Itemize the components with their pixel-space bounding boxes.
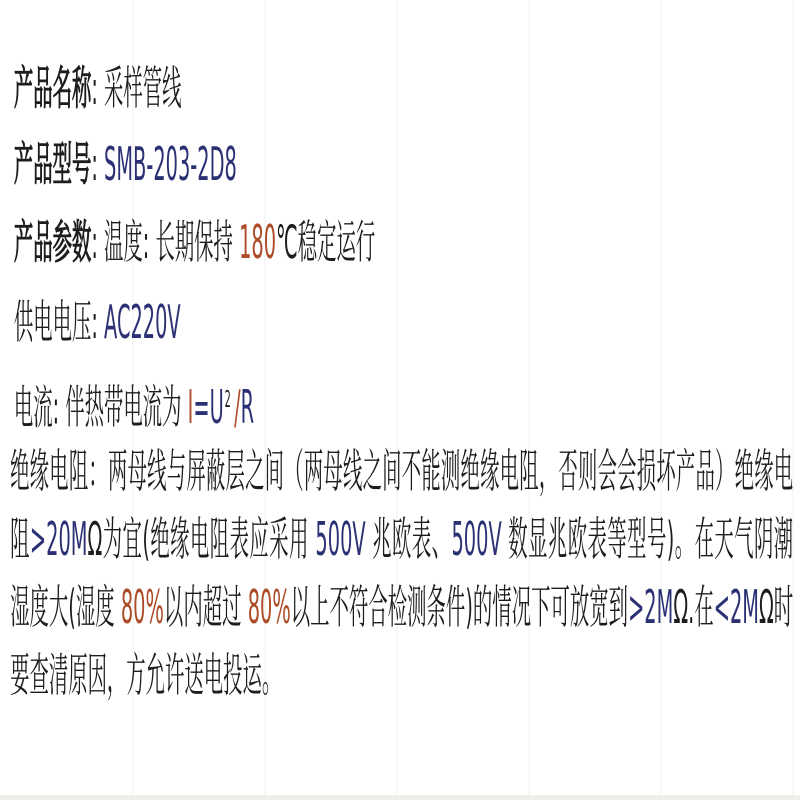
field-label: 电流: [14, 380, 53, 434]
spec-line-product-model: 产品型号: SMB-203-2D8: [14, 138, 237, 190]
field-label: 绝缘电阻: [10, 444, 88, 498]
text-segment: =U: [193, 380, 223, 434]
field-value: AC220V: [104, 295, 181, 349]
text-segment: .在: [688, 580, 714, 634]
spec-line-product-name: 产品名称: 采样管线: [14, 62, 182, 114]
text-block: 产品名称: 采样管线 产品型号: SMB-203-2D8 产品参数: 温度: 长…: [0, 0, 800, 800]
text-segment: 180: [239, 215, 276, 269]
text-segment: 500V: [451, 512, 501, 566]
insulation-resistance-paragraph: 绝缘电阻：两母线与屏蔽层之间（两母线之间不能测绝缘电阻，否则会会损坏产品）绝缘电…: [10, 437, 793, 709]
label-separator: :: [91, 137, 104, 191]
spec-line-current: 电流: 伴热带电流为 I=U2/R: [14, 374, 254, 433]
paragraph-body: 两母线与屏蔽层之间（两母线之间不能测绝缘电阻，否则会会损坏产品）绝缘电阻>20M…: [10, 444, 793, 702]
text-segment: >20M: [30, 512, 88, 566]
text-segment: 兆欧表、: [366, 512, 452, 566]
spec-line-supply-voltage: 供电电压: AC220V: [14, 296, 181, 348]
text-segment: 伴热带电流为: [65, 380, 187, 434]
field-value: 采样管线: [104, 61, 181, 115]
field-value: SMB-203-2D8: [104, 137, 237, 191]
text-segment: 以内超过: [164, 580, 248, 634]
text-segment: 采样管线: [104, 61, 181, 115]
label-separator: :: [91, 295, 104, 349]
field-value: 伴热带电流为 I=U2/R: [65, 380, 254, 434]
text-segment: Ω: [87, 512, 102, 566]
text-segment: ℃稳定运行: [276, 215, 375, 269]
label-separator: :: [91, 215, 104, 269]
text-segment: Ω: [759, 580, 774, 634]
text-segment: 80%: [248, 580, 291, 634]
text-segment: Ω: [673, 580, 688, 634]
label-separator: :: [91, 61, 104, 115]
text-segment: 80%: [121, 580, 164, 634]
label-separator: :: [53, 380, 66, 434]
text-segment: >2M: [628, 580, 673, 634]
text-segment: R: [241, 380, 254, 434]
text-segment: AC220V: [104, 295, 181, 349]
text-segment: SMB-203-2D8: [104, 137, 237, 191]
spec-line-product-parameters: 产品参数: 温度: 长期保持 180℃稳定运行: [14, 216, 375, 268]
text-segment: 为宜(绝缘电阻表应采用: [102, 512, 315, 566]
text-segment: 500V: [315, 512, 365, 566]
field-value: 温度: 长期保持 180℃稳定运行: [104, 215, 375, 269]
field-label: 产品型号: [14, 137, 91, 191]
bottom-edge-strip: [0, 795, 800, 800]
label-separator: ：: [88, 444, 108, 498]
text-segment: 以上不符合检测条件)的情况下可放宽到: [291, 580, 628, 634]
field-label: 供电电压: [14, 295, 91, 349]
text-segment: 温度: 长期保持: [104, 215, 239, 269]
field-label: 产品参数: [14, 215, 91, 269]
text-segment: 2: [225, 387, 231, 413]
field-label: 产品名称: [14, 61, 91, 115]
text-segment: <2M: [714, 580, 759, 634]
document: 产品名称: 采样管线 产品型号: SMB-203-2D8 产品参数: 温度: 长…: [0, 0, 800, 800]
